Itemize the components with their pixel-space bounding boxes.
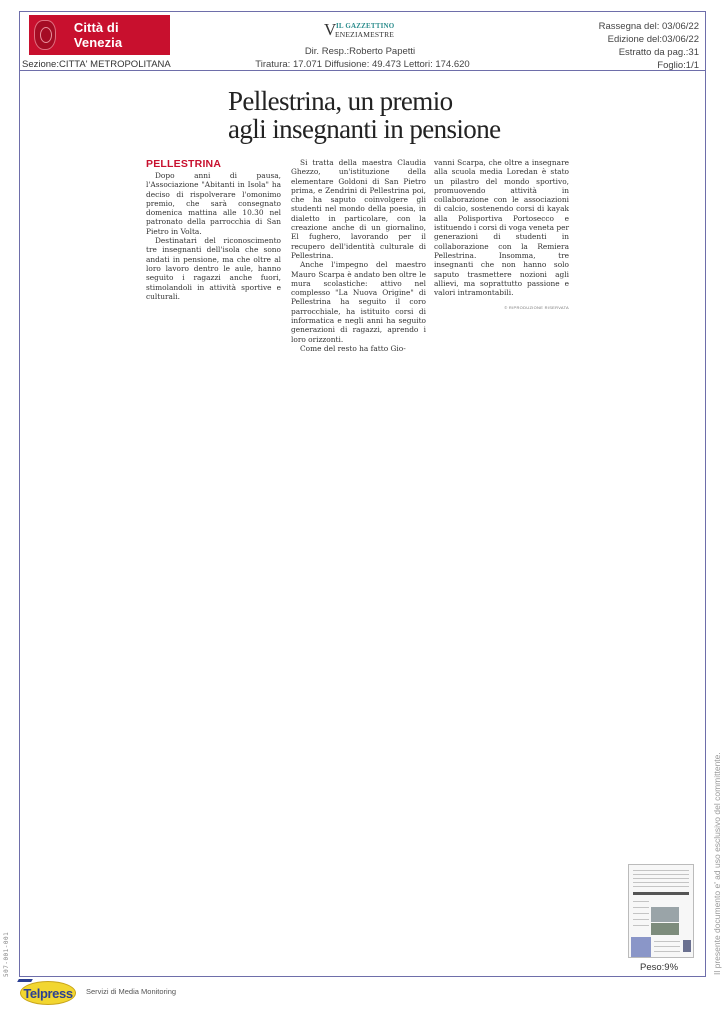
thumb-line — [633, 886, 689, 887]
masthead-bottom: ENEZIAMESTRE — [335, 30, 394, 39]
venezia-crest-icon — [34, 20, 56, 50]
peso-label: Peso:9% — [640, 962, 678, 973]
telpress-logo-text: Telpress — [23, 986, 72, 1001]
thumb-line — [654, 951, 680, 952]
paragraph: Come del resto ha fatto Gio- — [291, 344, 426, 353]
thumb-photo — [651, 907, 679, 922]
estratto-page: Estratto da pag.:31 — [599, 46, 699, 59]
article-kicker: PELLESTRINA — [146, 158, 281, 170]
masthead-logo: V IL GAZZETTINO ENEZIAMESTRE — [324, 22, 404, 38]
citta-di-venezia-logo: Città di Venezia — [29, 15, 170, 55]
thumb-headline — [633, 892, 689, 895]
masthead-top: IL GAZZETTINO — [336, 22, 394, 30]
thumb-line — [633, 874, 689, 875]
thumb-line — [633, 901, 649, 902]
edizione-date: Edizione del:03/06/22 — [599, 33, 699, 46]
paragraph: Anche l'impegno del maestro Mauro Scarpa… — [291, 260, 426, 344]
servizi-label: Servizi di Media Monitoring — [86, 987, 176, 996]
thumb-line — [633, 907, 649, 908]
clipping-meta: Rassegna del: 03/06/22 Edizione del:03/0… — [599, 20, 699, 72]
copyright-notice: © RIPRODUZIONE RISERVATA — [434, 303, 569, 312]
thumb-line — [633, 913, 649, 914]
headline-line-2: agli insegnanti in pensione — [228, 115, 501, 143]
thumb-line — [654, 946, 680, 947]
headline-line-1: Pellestrina, un premio — [228, 87, 501, 115]
article-column-2: Si tratta della maestra Claudia Ghezzo, … — [291, 158, 426, 353]
director-line: Dir. Resp.:Roberto Papetti — [250, 46, 470, 57]
article-headline: Pellestrina, un premio agli insegnanti i… — [228, 87, 501, 143]
thumb-line — [633, 878, 689, 879]
sezione-label: Sezione:CITTA' METROPOLITANA — [22, 59, 171, 70]
thumb-line — [633, 919, 649, 920]
page-frame — [19, 11, 706, 977]
document-code: 507-001-001 — [3, 932, 10, 977]
thumb-line — [633, 925, 649, 926]
article-column-1: PELLESTRINA Dopo anni di pausa, l'Associ… — [146, 158, 281, 301]
rassegna-date: Rassegna del: 03/06/22 — [599, 20, 699, 33]
article-column-3: vanni Scarpa, che oltre a insegnare alla… — [434, 158, 569, 313]
legal-note: Il presente documento e' ad uso esclusiv… — [712, 752, 722, 975]
paragraph: Dopo anni di pausa, l'Associazione "Abit… — [146, 171, 281, 236]
thumb-line — [633, 870, 689, 871]
thumb-line — [654, 941, 680, 942]
paragraph: Destinatari del riconoscimento tre inseg… — [146, 236, 281, 301]
telpress-swoosh-icon — [17, 979, 33, 982]
circulation-line: Tiratura: 17.071 Diffusione: 49.473 Lett… — [240, 59, 485, 70]
logo-text: Città di Venezia — [74, 20, 170, 50]
paragraph: Si tratta della maestra Claudia Ghezzo, … — [291, 158, 426, 260]
page-thumbnail — [628, 864, 694, 958]
thumb-photo — [651, 923, 679, 935]
thumb-line — [633, 882, 689, 883]
thumb-image — [683, 940, 691, 952]
telpress-logo: Telpress — [20, 981, 76, 1005]
foglio: Foglio:1/1 — [599, 59, 699, 72]
thumb-box — [631, 937, 651, 957]
paragraph: vanni Scarpa, che oltre a insegnare alla… — [434, 158, 569, 297]
